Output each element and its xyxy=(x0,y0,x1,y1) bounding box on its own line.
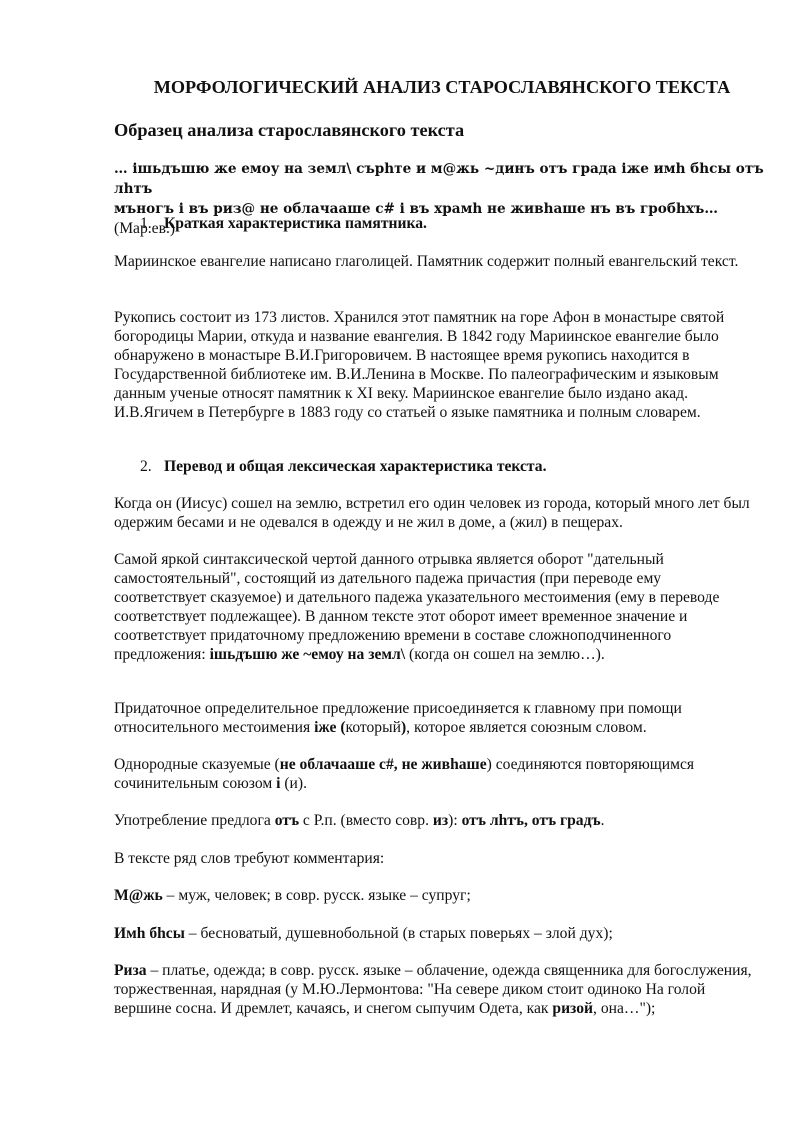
text-run: (и). xyxy=(280,775,307,792)
old-slavonic-phrase: iже ( xyxy=(314,719,345,736)
glossary-definition: – бесноватый, душевнобольной (в старых п… xyxy=(185,925,613,942)
text-run: ): xyxy=(448,812,461,829)
quote-bold-word: ризой xyxy=(552,1000,593,1017)
section-number: 2. xyxy=(140,458,164,476)
glossary-term: Имh бhсы xyxy=(114,925,185,942)
old-slavonic-phrase: не облачааше с#, не живhаше xyxy=(280,756,487,773)
section-heading-2: 2.Перевод и общая лексическая характерис… xyxy=(140,458,546,476)
section-heading-text: Перевод и общая лексическая характеристи… xyxy=(164,458,546,475)
paragraph-overview: Мариинское евангелие написано глаголицей… xyxy=(114,253,754,272)
section-heading-1: 1.Краткая характеристика памятника. xyxy=(140,215,427,233)
text-run: Употребление предлога xyxy=(114,812,275,829)
old-slavonic-phrase: iшьдъшю же ~емоу на земл\ xyxy=(210,646,406,663)
paragraph-history: Рукопись состоит из 173 листов. Хранился… xyxy=(114,309,754,422)
glossary-entry: М@жь – муж, человек; в совр. русск. язык… xyxy=(114,887,754,906)
paragraph-comment-intro: В тексте ряд слов требуют комментария: xyxy=(114,850,754,869)
paragraph-preposition: Употребление предлога отъ с Р.п. (вместо… xyxy=(114,812,754,831)
paragraph-translation: Когда он (Иисус) сошел на землю, встрети… xyxy=(114,495,754,533)
glossary-term: Риза xyxy=(114,962,147,979)
section-number: 1. xyxy=(140,215,164,233)
text-run: который xyxy=(346,719,401,736)
document-title: МОРФОЛОГИЧЕСКИЙ АНАЛИЗ СТАРОСЛАВЯНСКОГО … xyxy=(132,77,752,98)
text-run: с Р.п. (вместо совр. xyxy=(299,812,433,829)
paragraph-predicates: Однородные сказуемые (не облачааше с#, н… xyxy=(114,756,754,794)
glossary-definition: – муж, человек; в совр. русск. языке – с… xyxy=(163,887,471,904)
document-subtitle: Образец анализа старославянского текста xyxy=(114,120,464,141)
text-run: Однородные сказуемые ( xyxy=(114,756,280,773)
text-run: , которое является союзным словом. xyxy=(406,719,647,736)
paragraph-relative-clause: Придаточное определительное предложение … xyxy=(114,700,754,738)
bold-run: из xyxy=(433,812,448,829)
paragraph-syntax: Самой яркой синтаксической чертой данног… xyxy=(114,551,754,664)
text-run: . xyxy=(601,812,605,829)
glossary-entry: Риза – платье, одежда; в совр. русск. яз… xyxy=(114,962,754,1019)
text-run: (когда он сошел на землю…). xyxy=(405,646,605,663)
old-slavonic-phrase: отъ лhтъ, отъ градъ xyxy=(462,812,601,829)
glossary-definition: – платье, одежда; в совр. русск. языке –… xyxy=(114,962,752,1017)
sample-text-line1: … iшьдъшю же емоу на земл\ сърhте и м@жь… xyxy=(114,161,764,197)
glossary-term: М@жь xyxy=(114,887,163,904)
old-slavonic-phrase: отъ xyxy=(275,812,299,829)
text-run: , она…"); xyxy=(593,1000,655,1017)
section-heading-text: Краткая характеристика памятника. xyxy=(164,215,427,232)
glossary-entry: Имh бhсы – бесноватый, душевнобольной (в… xyxy=(114,925,754,944)
